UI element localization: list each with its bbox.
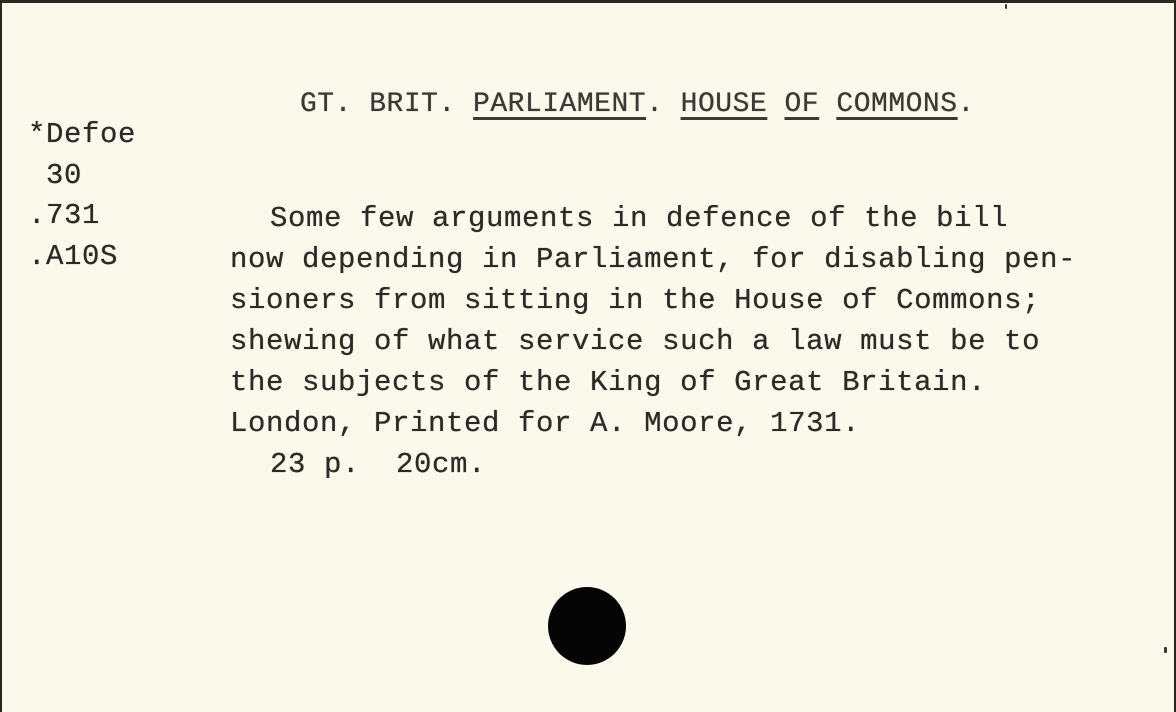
heading-separator: . [646, 89, 681, 120]
collation-line: 23 p. 20cm. [230, 444, 1076, 485]
heading-separator [819, 89, 836, 120]
heading-prefix: GT. BRIT. [300, 89, 473, 120]
catalog-card: *Defoe 30.731.A10S GT. BRIT. PARLIAMENT.… [2, 3, 1174, 712]
bibliographic-description: Some few arguments in defence of the bil… [230, 198, 1076, 485]
heading-suffix: . [958, 89, 975, 120]
title-line: shewing of what service such a law must … [230, 321, 1076, 362]
call-number-line: 30 [28, 156, 136, 197]
punch-hole [548, 587, 626, 665]
imprint-line: London, Printed for A. Moore, 1731. [230, 403, 1076, 444]
call-number-line: .A10S [28, 237, 136, 278]
heading-house: HOUSE [681, 89, 768, 120]
heading-commons: COMMONS [836, 89, 957, 120]
call-number-line: .731 [28, 196, 136, 237]
call-number: *Defoe 30.731.A10S [28, 115, 136, 277]
heading-of: OF [785, 89, 820, 120]
call-number-line: *Defoe [28, 115, 136, 156]
title-line: the subjects of the King of Great Britai… [230, 362, 1076, 403]
title-line: now depending in Parliament, for disabli… [230, 239, 1076, 280]
heading-parliament: PARLIAMENT [473, 89, 646, 120]
heading-separator [767, 89, 784, 120]
title-line: sioners from sitting in the House of Com… [230, 280, 1076, 321]
paper-speck [1164, 647, 1167, 653]
title-line: Some few arguments in defence of the bil… [230, 198, 1076, 239]
paper-speck [1005, 4, 1007, 9]
subject-heading: GT. BRIT. PARLIAMENT. HOUSE OF COMMONS. [300, 84, 975, 125]
